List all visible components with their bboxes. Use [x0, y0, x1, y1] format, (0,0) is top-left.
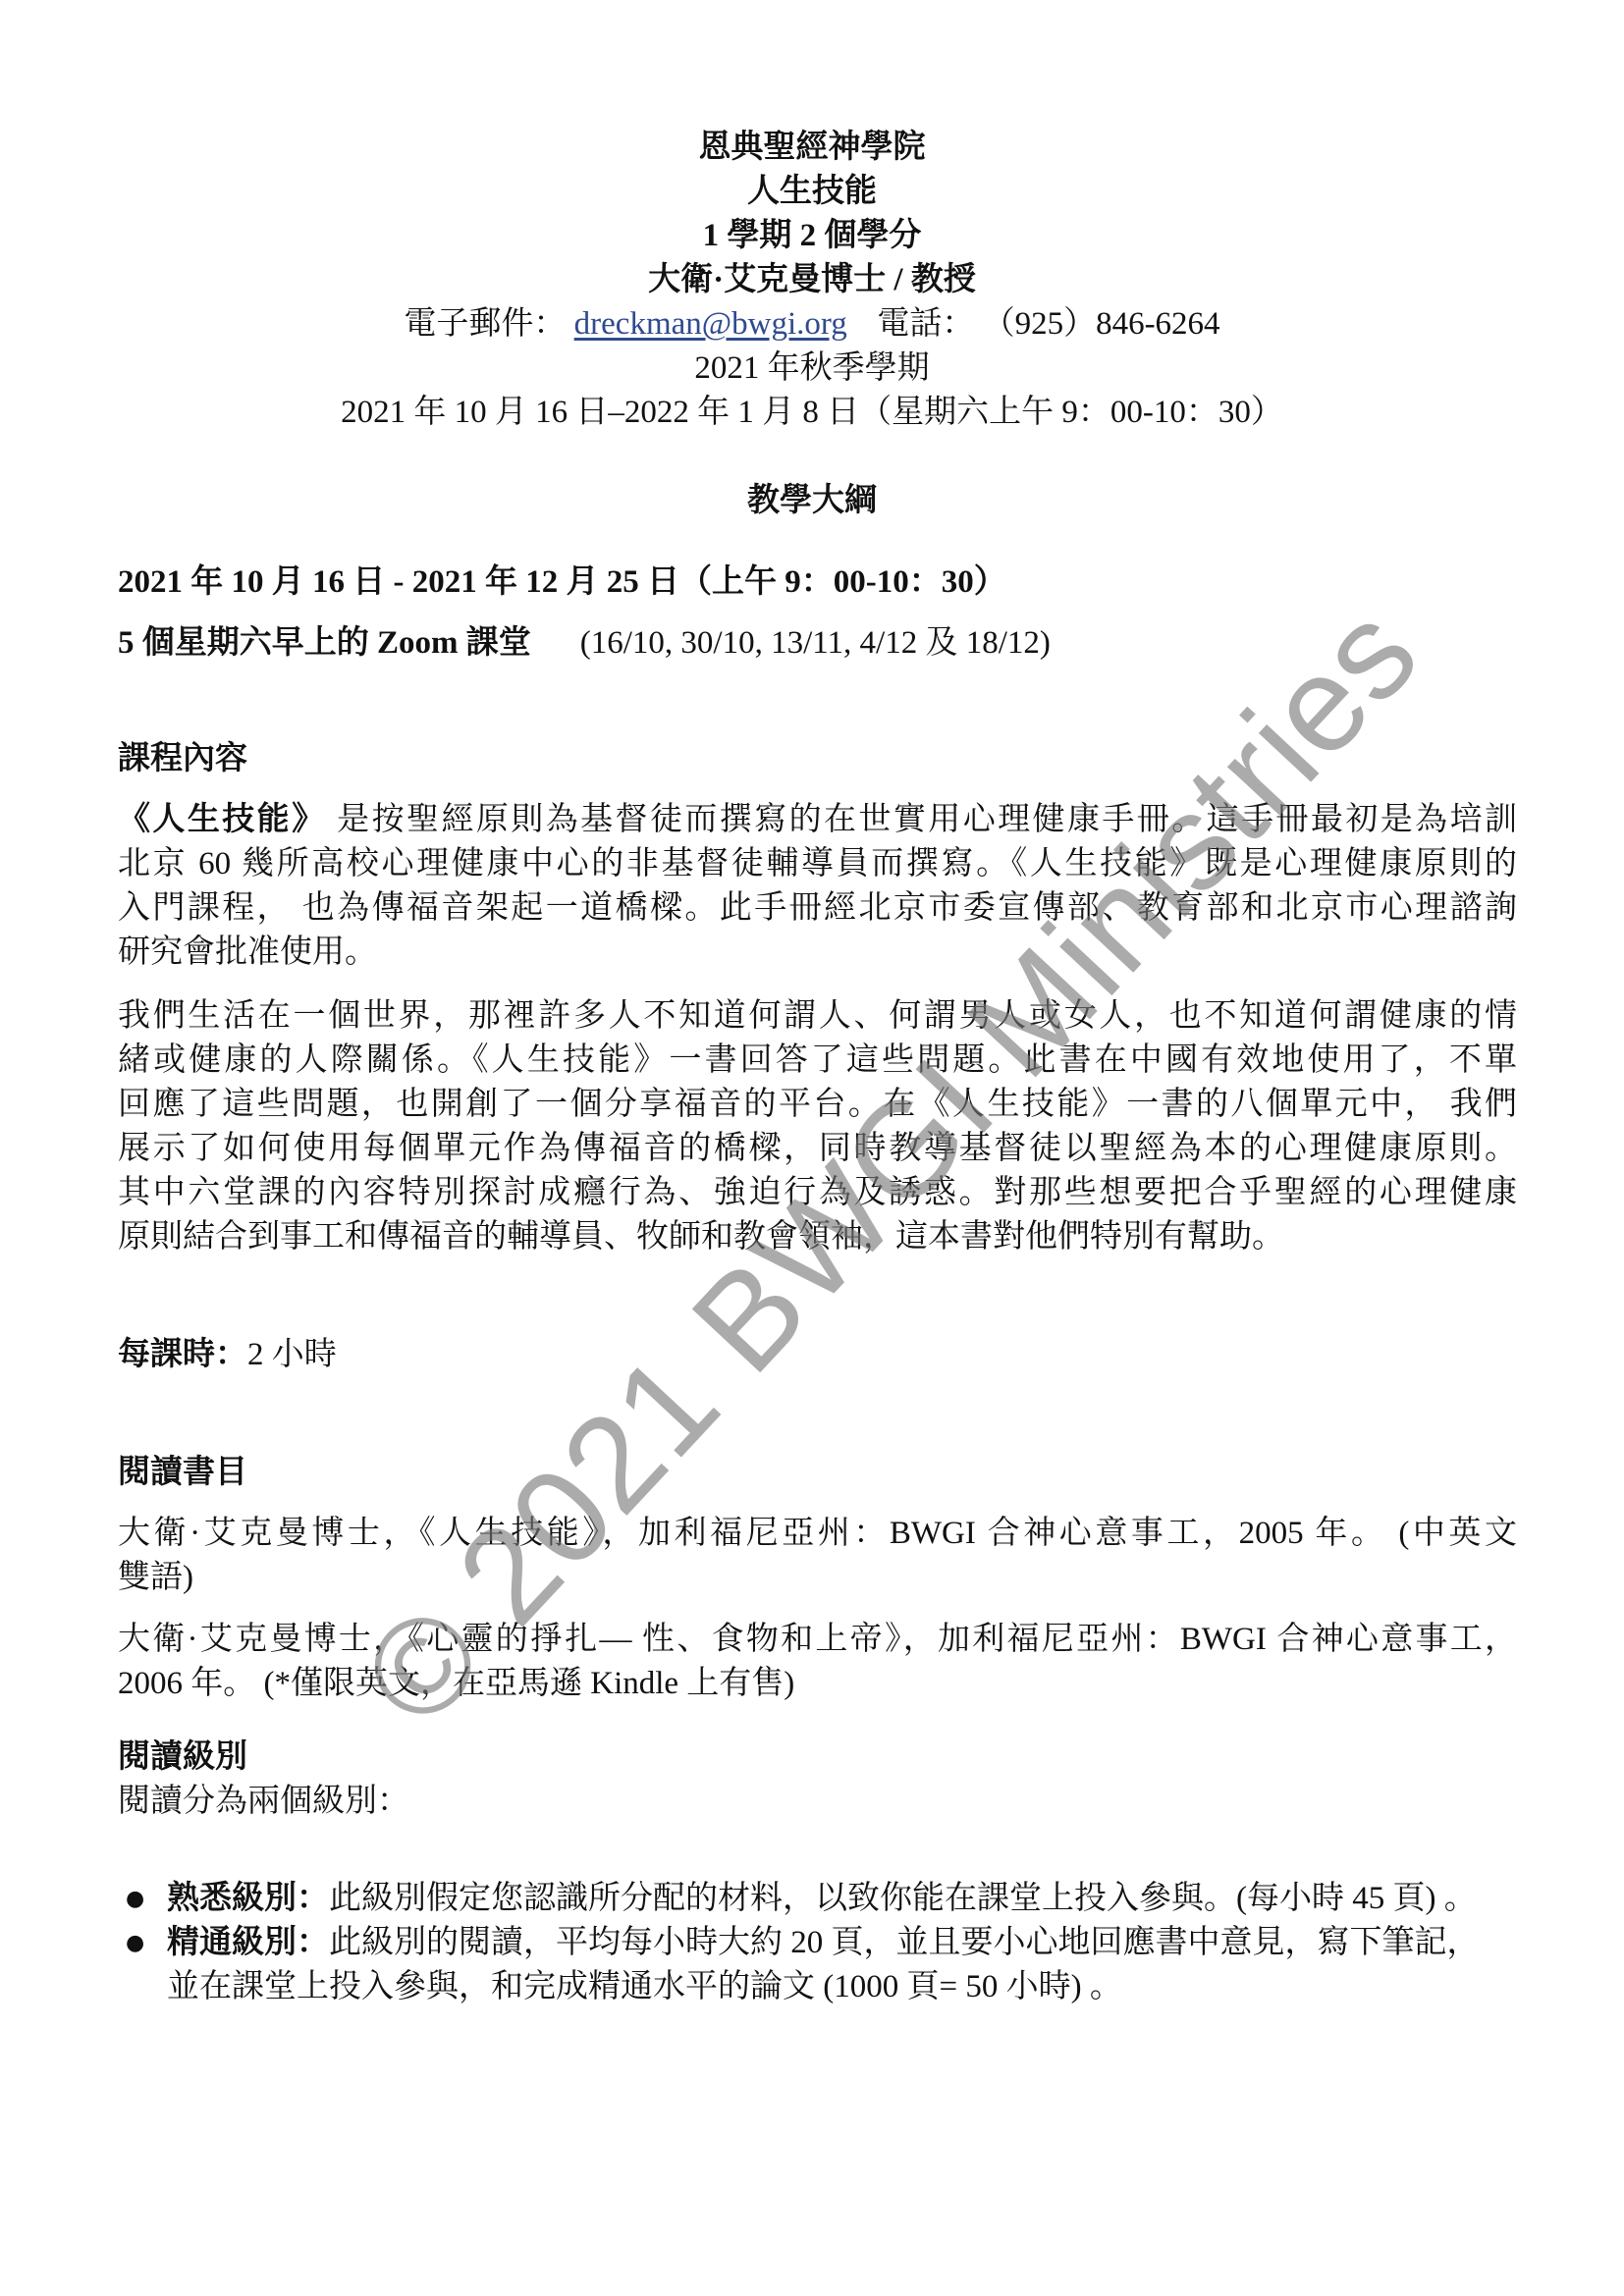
zoom-schedule: 5 個星期六早上的 Zoom 課堂(16/10, 30/10, 13/11, 4… — [118, 621, 1051, 666]
institution-name: 恩典聖經神學院 — [0, 126, 1624, 170]
book-line: 2006 年。 (*僅限英文，在亞馬遜 Kindle 上有售) — [118, 1662, 1517, 1706]
course-content-paragraph-2: 我們生活在一個世界，那裡許多人不知道何謂人、何謂男人或女人，也不知道何謂健康的情… — [118, 994, 1517, 1259]
reading-list-book-1: 大衛·艾克曼博士，《人生技能》，加利福尼亞州：BWGI 合神心意事工，2005 … — [118, 1512, 1517, 1600]
paragraph-line: 原則結合到事工和傳福音的輔導員、牧師和教會領袖，這本書對他們特別有幫助。 — [118, 1215, 1517, 1259]
paragraph-line: 展示了如何使用每個單元作為傳福音的橋樑，同時教導基督徒以聖經為本的心理健康原則。 — [118, 1127, 1517, 1171]
bullet-icon: ● — [126, 1877, 144, 1921]
schedule-date-range: 2021 年 10 月 16 日 - 2021 年 12 月 25 日（上午 9… — [118, 561, 1006, 605]
contact-line: 電子郵件： dreckman@bwgi.org 電話： （925）846-626… — [0, 302, 1624, 347]
reading-list-book-2: 大衛·艾克曼博士，《心靈的掙扎— 性、食物和上帝》，加利福尼亞州：BWGI 合神… — [118, 1618, 1517, 1706]
course-content-paragraph-1: 《人生技能》 是按聖經原則為基督徒而撰寫的在世實用心理健康手冊。這手冊最初是為培… — [118, 798, 1517, 975]
paragraph-line: 是按聖經原則為基督徒而撰寫的在世實用心理健康手冊。這手冊最初是為培訓 — [327, 802, 1518, 837]
course-title: 人生技能 — [0, 170, 1624, 214]
zoom-dates: (16/10, 30/10, 13/11, 4/12 及 18/12) — [580, 625, 1051, 661]
syllabus-page: 恩典聖經神學院 人生技能 1 學期 2 個學分 大衛·艾克曼博士 / 教授 電子… — [0, 0, 1624, 2296]
reading-levels-list: ● 熟悉級別：此級別假定您認識所分配的材料，以致你能在課堂上投入參與。(每小時 … — [118, 1877, 1522, 2009]
paragraph-line: 緒或健康的人際關係。《人生技能》一書回答了這些問題。此書在中國有效地使用了，不單 — [118, 1039, 1517, 1083]
term: 2021 年秋季學期 — [0, 347, 1624, 391]
level-description: 並在課堂上投入參與，和完成精通水平的論文 (1000 頁= 50 小時) 。 — [167, 1965, 1522, 2009]
reading-list-heading: 閱讀書目 — [118, 1451, 247, 1495]
book-line: 大衛·艾克曼博士，《心靈的掙扎— 性、食物和上帝》，加利福尼亞州：BWGI 合神… — [118, 1618, 1517, 1662]
email-link[interactable]: dreckman@bwgi.org — [574, 306, 847, 342]
hours-value: 2 小時 — [247, 1337, 337, 1372]
paragraph-line: 回應了這些問題，也開創了一個分享福音的平台。在《人生技能》一書的八個單元中， 我… — [118, 1083, 1517, 1127]
reading-levels-intro: 閱讀分為兩個級別： — [118, 1780, 409, 1824]
hours-label: 每課時： — [118, 1337, 247, 1372]
paragraph-line: 我們生活在一個世界，那裡許多人不知道何謂人、何謂男人或女人，也不知道何謂健康的情 — [118, 994, 1517, 1039]
syllabus-heading: 教學大綱 — [0, 479, 1624, 523]
level-name: 精通級別： — [167, 1925, 329, 1960]
instructor-name: 大衛·艾克曼博士 / 教授 — [0, 258, 1624, 302]
phone-number: （925）846-6264 — [983, 306, 1220, 342]
level-description: 此級別假定您認識所分配的材料，以致你能在課堂上投入參與。(每小時 45 頁) 。 — [329, 1881, 1477, 1916]
book-line: 大衛·艾克曼博士，《人生技能》，加利福尼亞州：BWGI 合神心意事工，2005 … — [118, 1512, 1517, 1556]
book-title: 《人生技能》 — [118, 802, 327, 837]
level-description: 此級別的閱讀，平均每小時大約 20 頁，並且要小心地回應書中意見，寫下筆記， — [329, 1925, 1480, 1960]
book-line: 雙語) — [118, 1556, 1517, 1600]
hours-per-class: 每課時：2 小時 — [118, 1333, 337, 1377]
bullet-icon: ● — [126, 1921, 144, 1965]
reading-levels-heading: 閱讀級別 — [118, 1735, 247, 1780]
paragraph-line: 研究會批准使用。 — [118, 931, 1517, 975]
course-credits: 1 學期 2 個學分 — [0, 214, 1624, 258]
list-item-familiar-level: ● 熟悉級別：此級別假定您認識所分配的材料，以致你能在課堂上投入參與。(每小時 … — [118, 1877, 1522, 1921]
paragraph-line: 入門課程， 也為傳福音架起一道橋樑。此手冊經北京市委宣傳部、教育部和北京市心理諮… — [118, 886, 1517, 931]
zoom-label: 5 個星期六早上的 Zoom 課堂 — [118, 625, 531, 661]
level-name: 熟悉級別： — [167, 1881, 329, 1916]
list-item-mastery-level: ● 精通級別：此級別的閱讀，平均每小時大約 20 頁，並且要小心地回應書中意見，… — [118, 1921, 1522, 2009]
course-content-heading: 課程內容 — [118, 737, 247, 781]
email-label: 電子郵件： — [404, 306, 566, 342]
paragraph-line: 其中六堂課的內容特別探討成癮行為、強迫行為及誘惑。對那些想要把合乎聖經的心理健康 — [118, 1171, 1517, 1215]
paragraph-line: 北京 60 幾所高校心理健康中心的非基督徒輔導員而撰寫。《人生技能》既是心理健康… — [118, 842, 1517, 886]
course-dates: 2021 年 10 月 16 日–2022 年 1 月 8 日（星期六上午 9：… — [0, 391, 1624, 435]
phone-label: 電話： — [877, 306, 974, 342]
